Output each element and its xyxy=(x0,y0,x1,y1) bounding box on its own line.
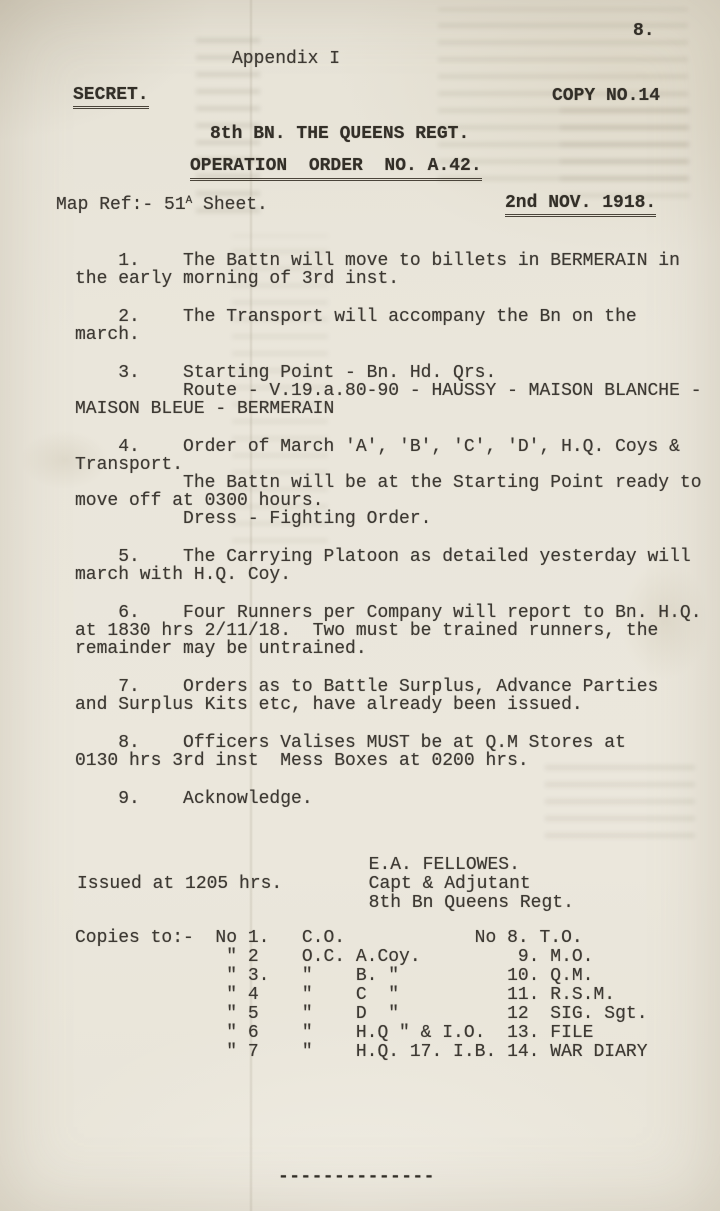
distribution-list: Copies to:- No 1. C.O. No 8. T.O. " 2 O.… xyxy=(75,929,648,1062)
order-paragraph-1: 1. The Battn will move to billets in BER… xyxy=(75,252,702,288)
order-paragraph-6: 6. Four Runners per Company will report … xyxy=(75,604,702,658)
order-date: 2nd NOV. 1918. xyxy=(505,194,656,217)
order-paragraph-5: 5. The Carrying Platoon as detailed yest… xyxy=(75,548,702,584)
page-number: 8. xyxy=(633,22,655,41)
order-paragraph-9: 9. Acknowledge. xyxy=(75,790,702,808)
footer-dashes: -------------- xyxy=(278,1168,435,1187)
order-paragraph-8: 8. Officers Valises MUST be at Q.M Store… xyxy=(75,734,702,770)
map-ref-prefix: Map Ref:- 51 xyxy=(56,195,186,215)
operation-order-title: OPERATION ORDER NO. A.42. xyxy=(190,157,482,181)
copy-number: COPY NO.14 xyxy=(552,87,660,106)
paper: 8. Appendix I SECRET. COPY NO.14 8th BN.… xyxy=(0,0,720,1211)
appendix-title: Appendix I xyxy=(232,50,340,69)
order-paragraph-7: 7. Orders as to Battle Surplus, Advance … xyxy=(75,678,702,714)
order-paragraph-2: 2. The Transport will accompany the Bn o… xyxy=(75,308,702,344)
order-body: 1. The Battn will move to billets in BER… xyxy=(75,252,702,828)
unit-title: 8th BN. THE QUEENS REGT. xyxy=(210,125,469,144)
order-paragraph-4: 4. Order of March 'A', 'B', 'C', 'D', H.… xyxy=(75,438,702,528)
signature-block: E.A. FELLOWES. Issued at 1205 hrs. Capt … xyxy=(77,856,574,913)
order-paragraph-3: 3. Starting Point - Bn. Hd. Qrs. Route -… xyxy=(75,364,702,418)
map-reference: Map Ref:- 51A Sheet. xyxy=(56,196,268,215)
map-ref-suffix: Sheet. xyxy=(192,195,268,215)
classification-label: SECRET. xyxy=(73,86,149,109)
